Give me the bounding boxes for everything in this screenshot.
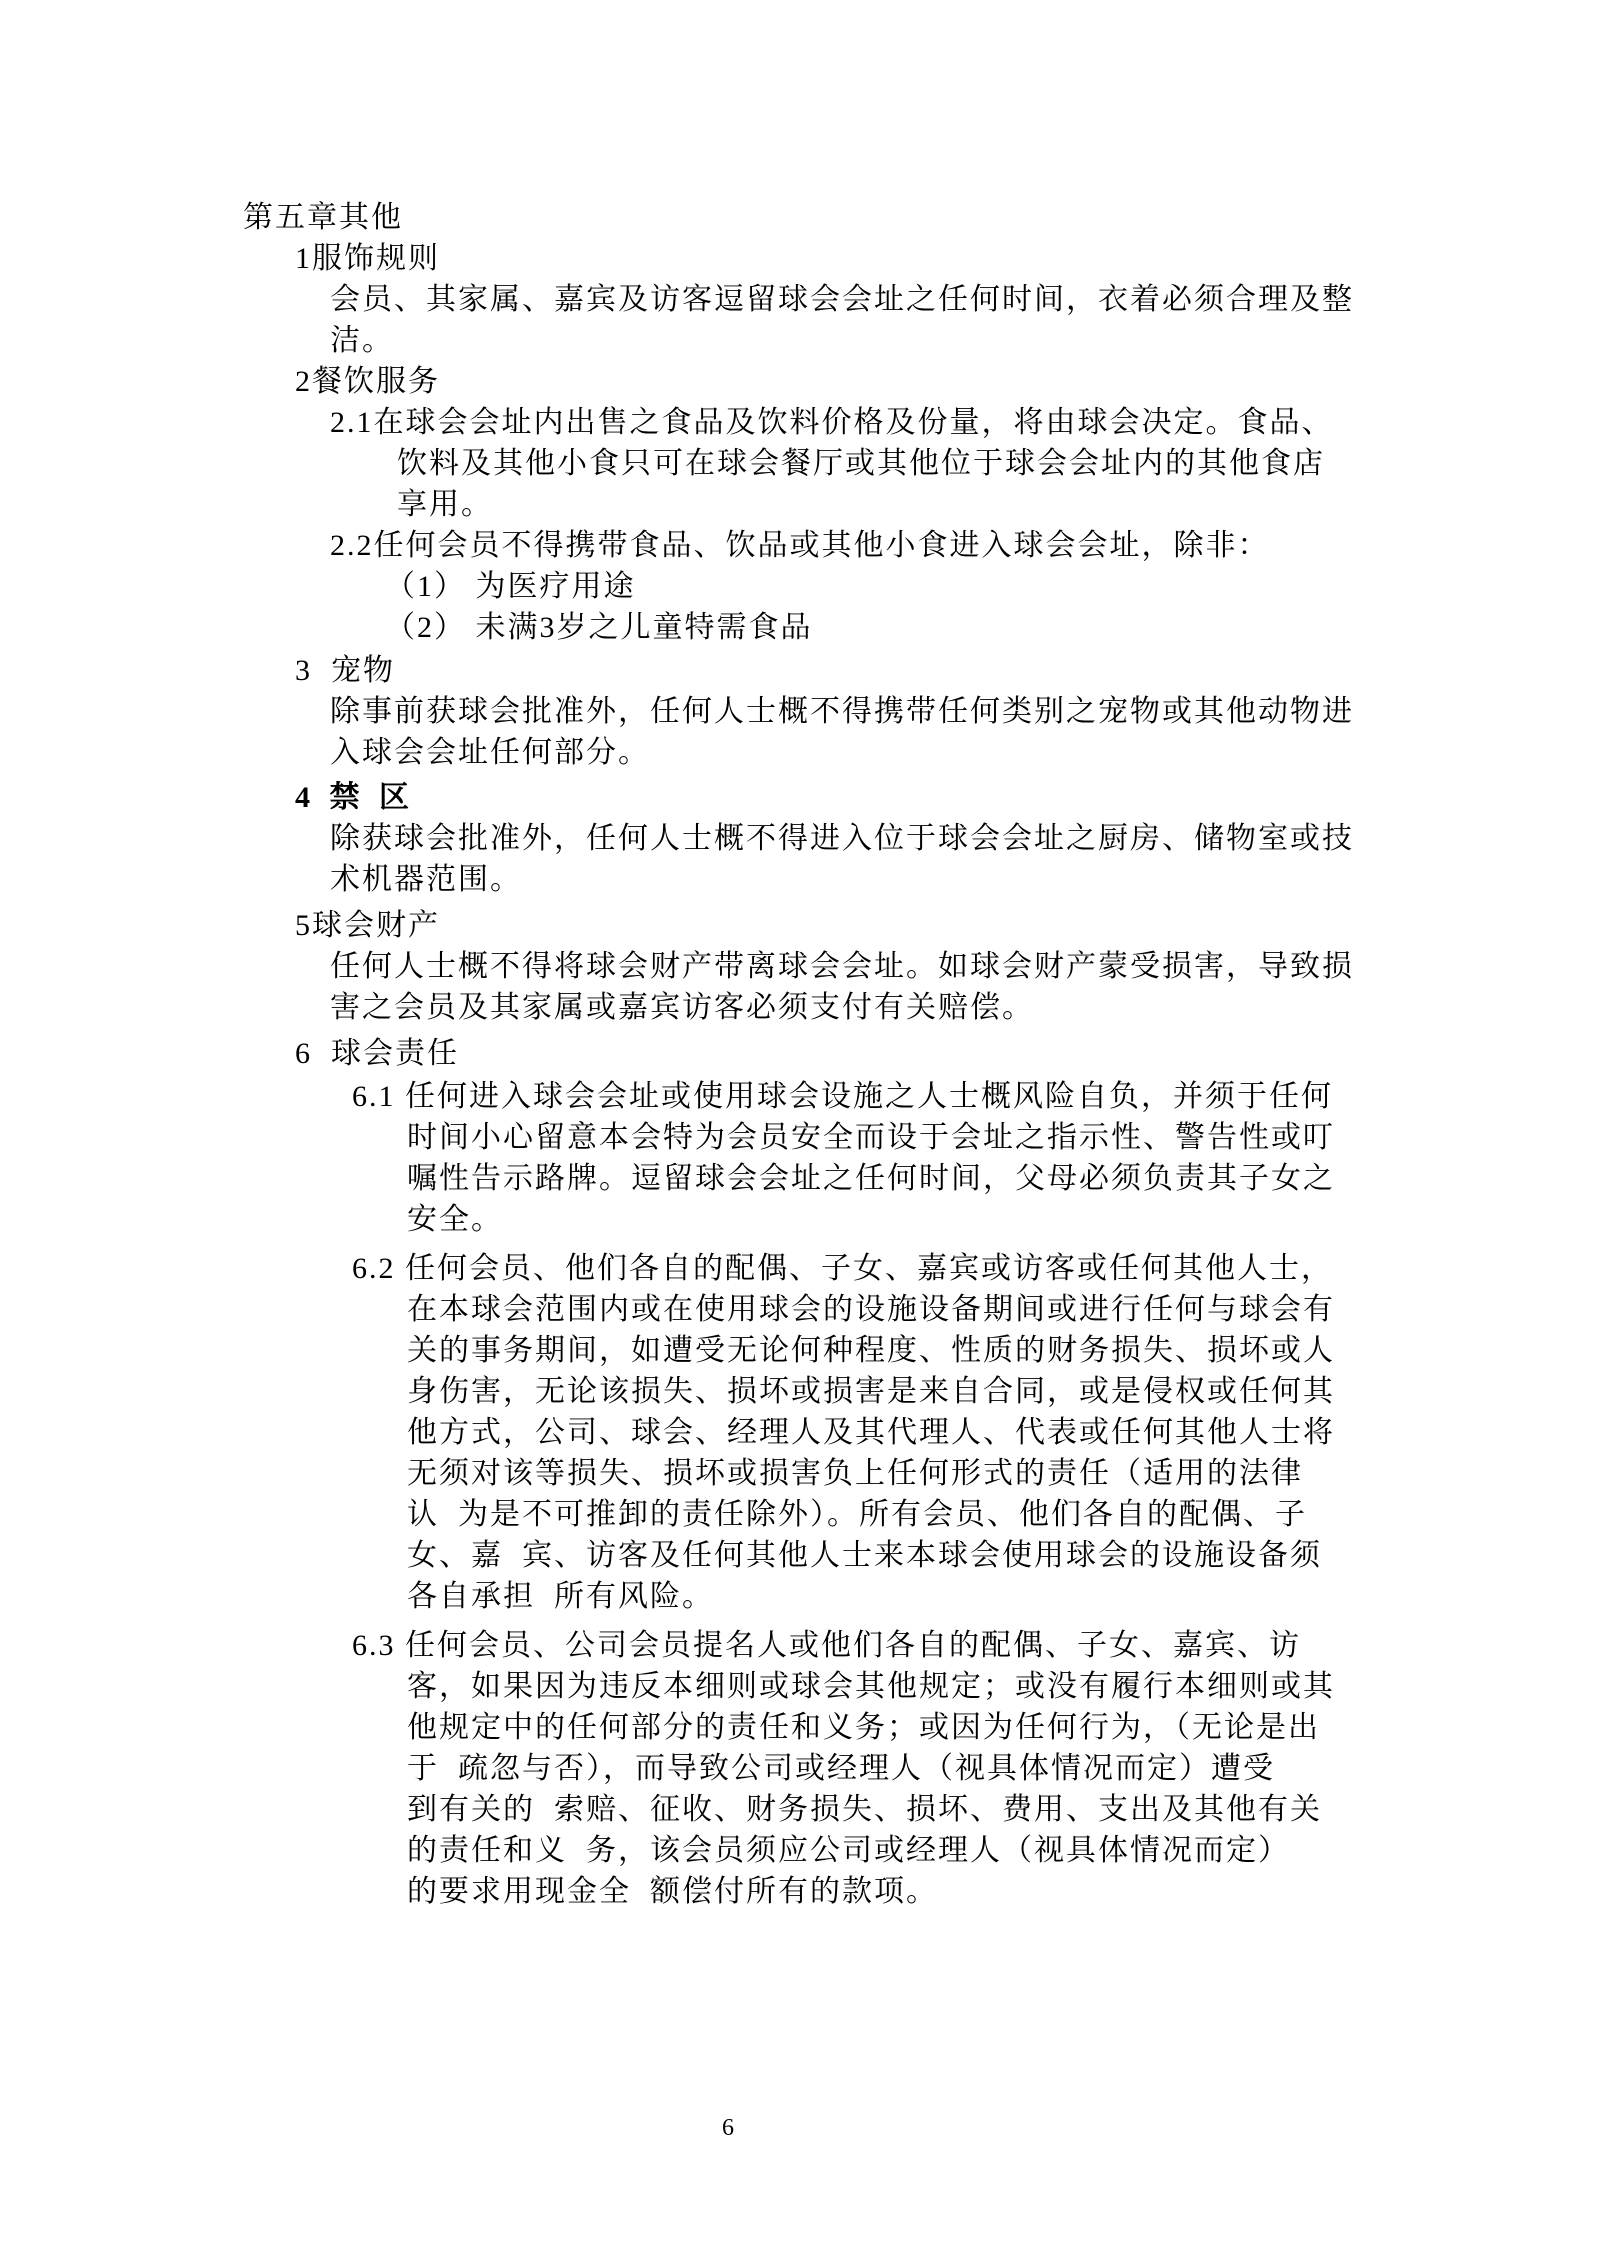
clause-line: 2.1在球会会址内出售之食品及饮料价格及份量，将由球会决定。食品、 (0, 402, 1600, 443)
clause-line: 享用。 (0, 484, 1600, 525)
clause-line: 关的事务期间，如遭受无论何种程度、性质的财务损失、损坏或人 (0, 1330, 1600, 1371)
page-number: 6 (0, 2108, 1600, 2149)
section-heading-4: 4 禁 区 (0, 777, 1600, 818)
clause-line: 各自承担 所有风险。 (0, 1576, 1600, 1617)
paragraph-line: 除事前获球会批准外，任何人士概不得携带任何类别之宠物或其他动物进 (0, 691, 1600, 732)
clause-line-6-2: 6.2 任何会员、他们各自的配偶、子女、嘉宾或访客或任何其他人士， (0, 1248, 1600, 1289)
clause-line: 在本球会范围内或在使用球会的设施设备期间或进行任何与球会有 (0, 1289, 1600, 1330)
clause-line: 时间小心留意本会特为会员安全而设于会址之指示性、警告性或叮 (0, 1117, 1600, 1158)
clause-line: 认 为是不可推卸的责任除外）。所有会员、他们各自的配偶、子 (0, 1494, 1600, 1535)
paragraph-line: 术机器范围。 (0, 859, 1600, 900)
section-heading-5: 5球会财产 (0, 905, 1600, 946)
chapter-title: 第五章其他 (0, 197, 1600, 238)
paragraph-line: 害之会员及其家属或嘉宾访客必须支付有关赔偿。 (0, 987, 1600, 1028)
document-page: 第五章其他 1服饰规则 会员、其家属、嘉宾及访客逗留球会会址之任何时间，衣着必须… (0, 0, 1600, 2262)
clause-line: 到有关的 索赔、征收、财务损失、损坏、费用、支出及其他有关 (0, 1789, 1600, 1830)
section-heading-3: 3 宠物 (0, 650, 1600, 691)
clause-line: 身伤害，无论该损失、损坏或损害是来自合同，或是侵权或任何其 (0, 1371, 1600, 1412)
section-heading-6: 6 球会责任 (0, 1033, 1600, 1074)
clause-line: 嘱性告示路牌。逗留球会会址之任何时间，父母必须负责其子女之 (0, 1158, 1600, 1199)
paragraph-line: 入球会会址任何部分。 (0, 732, 1600, 773)
clause-line: 安全。 (0, 1199, 1600, 1240)
clause-line-6-1: 6.1 任何进入球会会址或使用球会设施之人士概风险自负，并须于任何 (0, 1076, 1600, 1117)
list-item: （2） 未满3岁之儿童特需食品 (0, 607, 1600, 648)
paragraph-line: 会员、其家属、嘉宾及访客逗留球会会址之任何时间，衣着必须合理及整 (0, 279, 1600, 320)
paragraph-line: 除获球会批准外，任何人士概不得进入位于球会会址之厨房、储物室或技 (0, 818, 1600, 859)
document-content: 第五章其他 1服饰规则 会员、其家属、嘉宾及访客逗留球会会址之任何时间，衣着必须… (0, 0, 1600, 2149)
clause-line: 他规定中的任何部分的责任和义务；或因为任何行为，（无论是出 (0, 1707, 1600, 1748)
clause-line: 饮料及其他小食只可在球会餐厅或其他位于球会会址内的其他食店 (0, 443, 1600, 484)
clause-line: 的要求用现金全 额偿付所有的款项。 (0, 1871, 1600, 1912)
clause-line: 于 疏忽与否），而导致公司或经理人（视具体情况而定）遭受 (0, 1748, 1600, 1789)
list-item: （1） 为医疗用途 (0, 566, 1600, 607)
paragraph-line: 任何人士概不得将球会财产带离球会会址。如球会财产蒙受损害，导致损 (0, 946, 1600, 987)
clause-line: 女、嘉 宾、访客及任何其他人士来本球会使用球会的设施设备须 (0, 1535, 1600, 1576)
clause-line: 客，如果因为违反本细则或球会其他规定；或没有履行本细则或其 (0, 1666, 1600, 1707)
section-heading-2: 2餐饮服务 (0, 361, 1600, 402)
clause-line: 无须对该等损失、损坏或损害负上任何形式的责任（适用的法律 (0, 1453, 1600, 1494)
clause-line: 他方式，公司、球会、经理人及其代理人、代表或任何其他人士将 (0, 1412, 1600, 1453)
clause-line: 的责任和义 务，该会员须应公司或经理人（视具体情况而定） (0, 1830, 1600, 1871)
paragraph-line: 洁。 (0, 320, 1600, 361)
clause-line: 2.2任何会员不得携带食品、饮品或其他小食进入球会会址，除非： (0, 525, 1600, 566)
clause-line-6-3: 6.3 任何会员、公司会员提名人或他们各自的配偶、子女、嘉宾、访 (0, 1625, 1600, 1666)
section-heading-1: 1服饰规则 (0, 238, 1600, 279)
